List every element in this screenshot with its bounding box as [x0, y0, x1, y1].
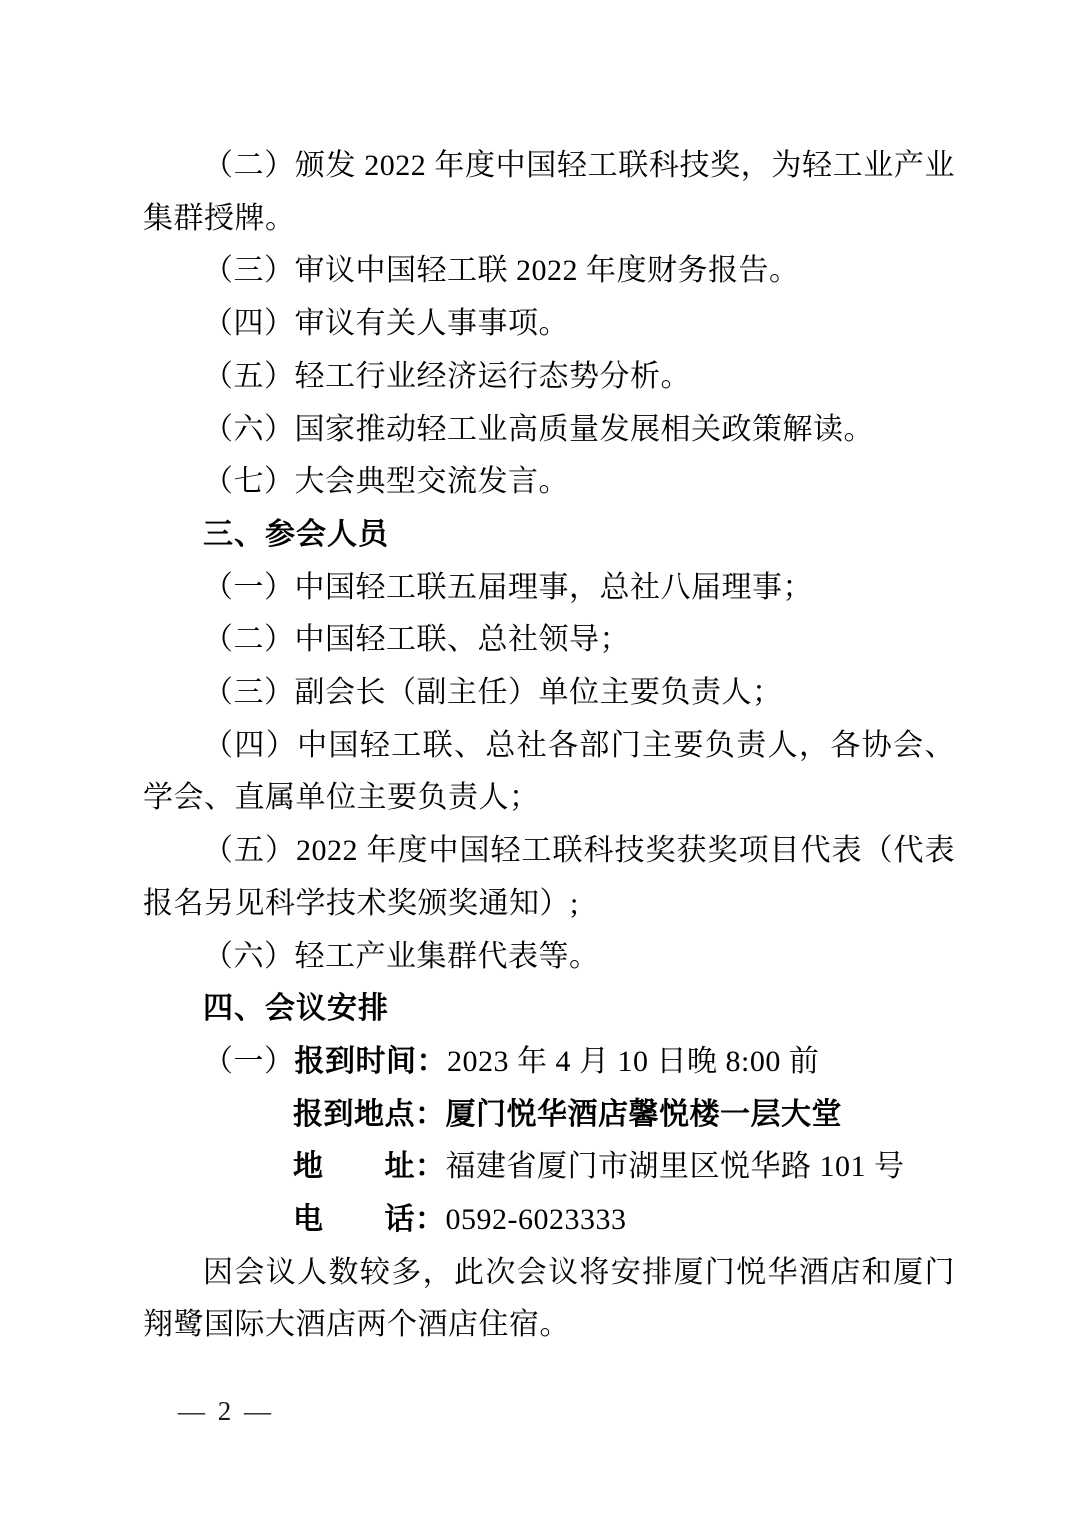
- checkin-time-prefix: （一）: [203, 1045, 295, 1078]
- checkin-place-line: 报到地点：厦门悦华酒店馨悦楼一层大堂: [143, 1089, 955, 1142]
- phone-value: 0592-6023333: [446, 1203, 627, 1236]
- agenda-item-7: （七）大会典型交流发言。: [143, 456, 955, 509]
- checkin-time-value: 2023 年 4 月 10 日晚 8:00 前: [447, 1045, 819, 1078]
- section-heading-participants: 三、参会人员: [143, 509, 955, 562]
- address-label: 地 址：: [293, 1150, 446, 1183]
- checkin-time-line: （一）报到时间：2023 年 4 月 10 日晚 8:00 前: [143, 1036, 955, 1089]
- address-line: 地 址：福建省厦门市湖里区悦华路 101 号: [143, 1141, 955, 1194]
- participant-item-3: （三）副会长（副主任）单位主要负责人；: [143, 667, 955, 720]
- participant-item-5: （五）2022 年度中国轻工联科技奖获奖项目代表（代表报名另见科学技术奖颁奖通知…: [143, 825, 955, 930]
- participant-item-4: （四）中国轻工联、总社各部门主要负责人，各协会、学会、直属单位主要负责人；: [143, 720, 955, 825]
- hotel-note: 因会议人数较多，此次会议将安排厦门悦华酒店和厦门翔鹭国际大酒店两个酒店住宿。: [143, 1247, 955, 1352]
- agenda-item-2: （二）颁发 2022 年度中国轻工联科技奖，为轻工业产业集群授牌。: [143, 140, 955, 245]
- agenda-item-3: （三）审议中国轻工联 2022 年度财务报告。: [143, 245, 955, 298]
- participant-item-2: （二）中国轻工联、总社领导；: [143, 614, 955, 667]
- page-number: — 2 —: [178, 1396, 274, 1427]
- agenda-item-5: （五）轻工行业经济运行态势分析。: [143, 351, 955, 404]
- participant-item-1: （一）中国轻工联五届理事，总社八届理事；: [143, 562, 955, 615]
- checkin-time-label: 报到时间：: [295, 1045, 448, 1078]
- agenda-item-6: （六）国家推动轻工业高质量发展相关政策解读。: [143, 404, 955, 457]
- document-body: （二）颁发 2022 年度中国轻工联科技奖，为轻工业产业集群授牌。 （三）审议中…: [143, 140, 955, 1352]
- checkin-place-label: 报到地点：: [293, 1098, 446, 1131]
- checkin-place-value: 厦门悦华酒店馨悦楼一层大堂: [446, 1098, 843, 1131]
- section-heading-arrangements: 四、会议安排: [143, 983, 955, 1036]
- document-page: （二）颁发 2022 年度中国轻工联科技奖，为轻工业产业集群授牌。 （三）审议中…: [0, 0, 1080, 1527]
- participant-item-6: （六）轻工产业集群代表等。: [143, 931, 955, 984]
- agenda-item-4: （四）审议有关人事事项。: [143, 298, 955, 351]
- phone-label: 电 话：: [293, 1203, 446, 1236]
- phone-line: 电 话：0592-6023333: [143, 1194, 955, 1247]
- address-value: 福建省厦门市湖里区悦华路 101 号: [446, 1150, 905, 1183]
